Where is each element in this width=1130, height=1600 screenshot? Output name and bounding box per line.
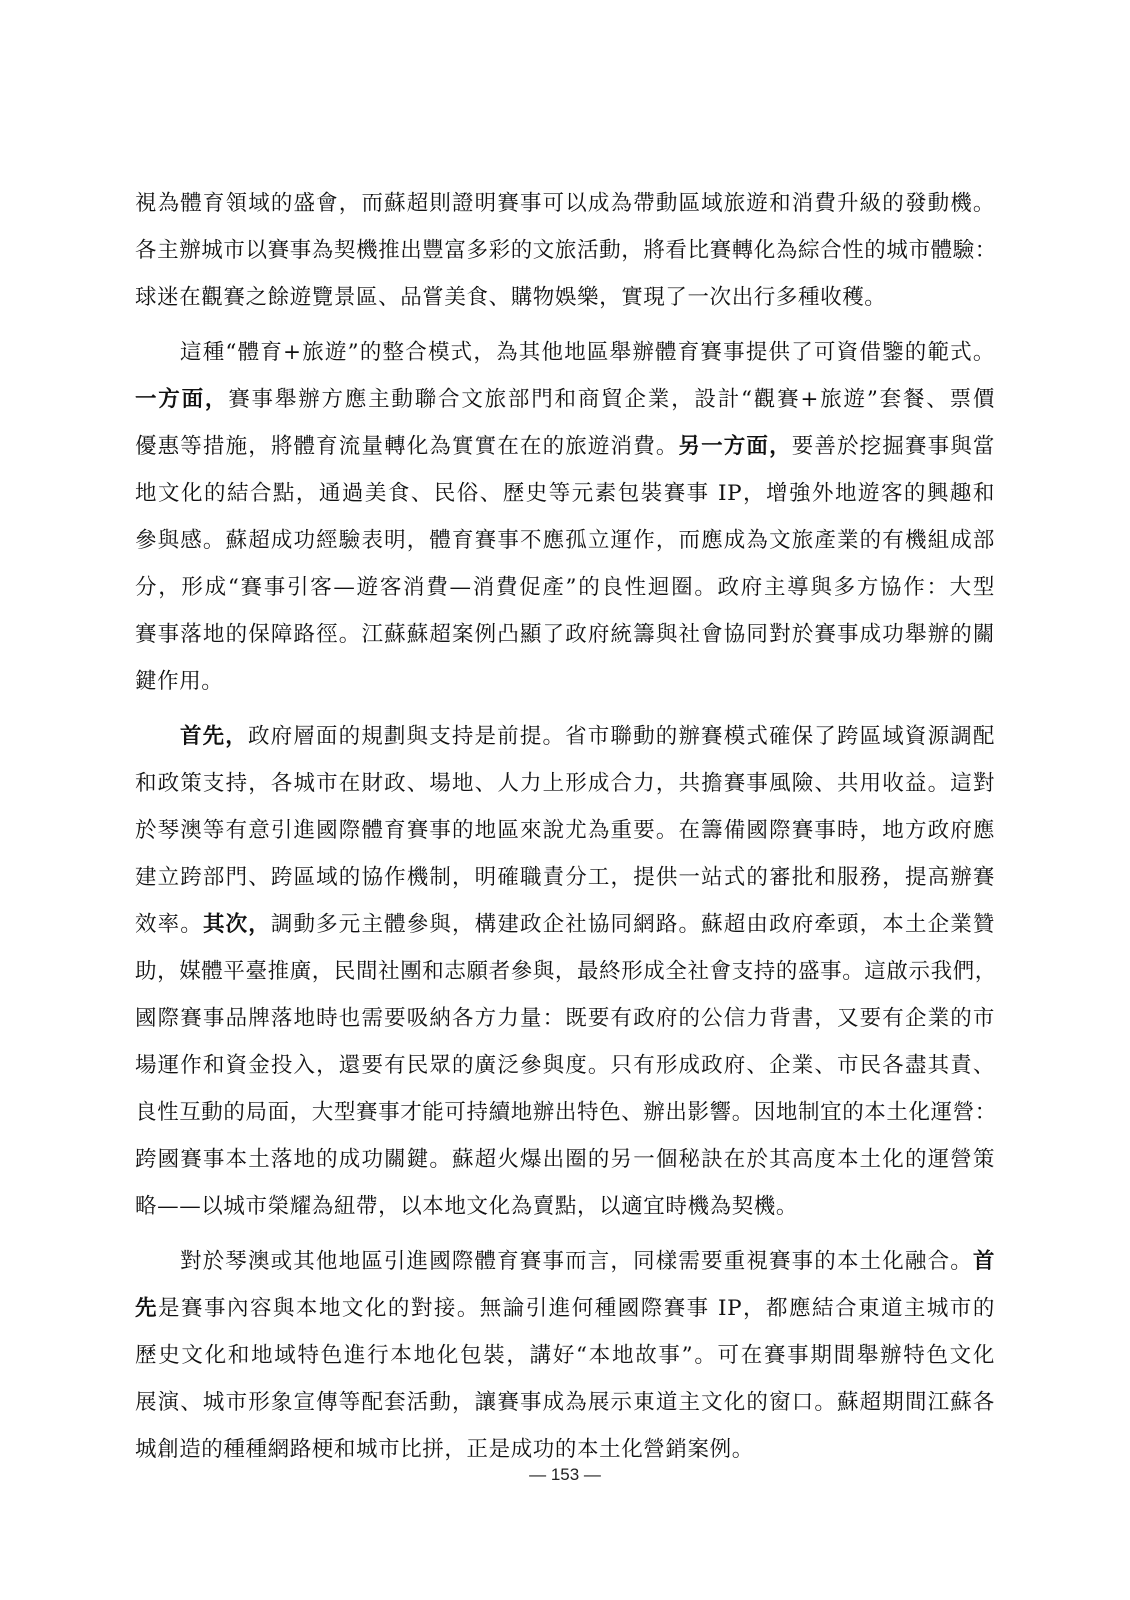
text-run: 賽事舉辦方應主動聯合文旅部門和商貿企業，設計“觀賽+旅遊”套餐、票價 bbox=[228, 387, 995, 412]
emphasis-text: 首先， bbox=[180, 724, 248, 749]
emphasis-text: 另一方面， bbox=[679, 434, 792, 459]
text-run: 優惠等措施，將體育流量轉化為實實在在的旅遊消費。 bbox=[135, 434, 679, 459]
text-line: 鍵作用。 bbox=[135, 658, 995, 705]
text-run: 要善於挖掘賽事與當 bbox=[792, 434, 995, 459]
text-run: 調動多元主體參與，構建政企社協同網路。蘇超由政府牽頭，本土企業贊 bbox=[271, 912, 995, 937]
emphasis-text: 先 bbox=[135, 1296, 158, 1321]
text-run: 建立跨部門、跨區域的協作機制，明確職責分工，提供一站式的審批和服務，提高辦賽 bbox=[135, 865, 995, 890]
text-line: 國際賽事品牌落地時也需要吸納各方力量：既要有政府的公信力背書，又要有企業的市 bbox=[135, 995, 995, 1042]
paragraph: 視為體育領域的盛會，而蘇超則證明賽事可以成為帶動區域旅遊和消費升級的發動機。各主… bbox=[135, 180, 995, 321]
text-line: 球迷在觀賽之餘遊覽景區、品嘗美食、購物娛樂，實現了一次出行多種收穫。 bbox=[135, 274, 995, 321]
text-line: 賽事落地的保障路徑。江蘇蘇超案例凸顯了政府統籌與社會協同對於賽事成功舉辦的關 bbox=[135, 611, 995, 658]
text-line: 跨國賽事本土落地的成功關鍵。蘇超火爆出圈的另一個秘訣在於其高度本土化的運營策 bbox=[135, 1136, 995, 1183]
text-run: 這種“體育+旅遊”的整合模式，為其他地區舉辦體育賽事提供了可資借鑒的範式。 bbox=[180, 340, 995, 365]
text-run: 是賽事內容與本地文化的對接。無論引進何種國際賽事 IP，都應結合東道主城市的 bbox=[158, 1296, 995, 1321]
text-line: 分，形成“賽事引客—遊客消費—消費促產”的良性迴圈。政府主導與多方協作：大型 bbox=[135, 564, 995, 611]
text-run: 國際賽事品牌落地時也需要吸納各方力量：既要有政府的公信力背書，又要有企業的市 bbox=[135, 1006, 995, 1031]
text-run: 政府層面的規劃與支持是前提。省市聯動的辦賽模式確保了跨區域資源調配 bbox=[248, 724, 995, 749]
paragraph: 首先，政府層面的規劃與支持是前提。省市聯動的辦賽模式確保了跨區域資源調配和政策支… bbox=[135, 713, 995, 1230]
text-run: 賽事落地的保障路徑。江蘇蘇超案例凸顯了政府統籌與社會協同對於賽事成功舉辦的關 bbox=[135, 622, 995, 647]
paragraph: 這種“體育+旅遊”的整合模式，為其他地區舉辦體育賽事提供了可資借鑒的範式。一方面… bbox=[135, 329, 995, 705]
text-line: 展演、城市形象宣傳等配套活動，讓賽事成為展示東道主文化的窗口。蘇超期間江蘇各 bbox=[135, 1379, 995, 1426]
text-run: 地文化的結合點，通過美食、民俗、歷史等元素包裝賽事 IP，增強外地遊客的興趣和 bbox=[135, 481, 995, 506]
text-run: 歷史文化和地域特色進行本地化包裝，講好“本地故事”。可在賽事期間舉辦特色文化 bbox=[135, 1343, 995, 1368]
text-run: 視為體育領域的盛會，而蘇超則證明賽事可以成為帶動區域旅遊和消費升級的發動機。 bbox=[135, 191, 995, 216]
text-line: 先是賽事內容與本地文化的對接。無論引進何種國際賽事 IP，都應結合東道主城市的 bbox=[135, 1285, 995, 1332]
text-line: 各主辦城市以賽事為契機推出豐富多彩的文旅活動，將看比賽轉化為綜合性的城市體驗： bbox=[135, 227, 995, 274]
text-run: 參與感。蘇超成功經驗表明，體育賽事不應孤立運作，而應成為文旅產業的有機組成部 bbox=[135, 528, 995, 553]
text-line: 略——以城市榮耀為紐帶，以本地文化為賣點，以適宜時機為契機。 bbox=[135, 1183, 995, 1230]
text-run: 城創造的種種網路梗和城市比拼，正是成功的本土化營銷案例。 bbox=[135, 1437, 754, 1462]
text-run: 效率。 bbox=[135, 912, 203, 937]
text-run: 場運作和資金投入，還要有民眾的廣泛參與度。只有形成政府、企業、市民各盡其責、 bbox=[135, 1053, 995, 1078]
text-run: 分，形成“賽事引客—遊客消費—消費促產”的良性迴圈。政府主導與多方協作：大型 bbox=[135, 575, 995, 600]
text-line: 參與感。蘇超成功經驗表明，體育賽事不應孤立運作，而應成為文旅產業的有機組成部 bbox=[135, 517, 995, 564]
text-line: 一方面，賽事舉辦方應主動聯合文旅部門和商貿企業，設計“觀賽+旅遊”套餐、票價 bbox=[135, 376, 995, 423]
text-line: 對於琴澳或其他地區引進國際體育賽事而言，同樣需要重視賽事的本土化融合。首 bbox=[135, 1238, 995, 1285]
text-line: 和政策支持，各城市在財政、場地、人力上形成合力，共擔賽事風險、共用收益。這對 bbox=[135, 760, 995, 807]
text-line: 優惠等措施，將體育流量轉化為實實在在的旅遊消費。另一方面，要善於挖掘賽事與當 bbox=[135, 423, 995, 470]
text-run: 良性互動的局面，大型賽事才能可持續地辦出特色、辦出影響。因地制宜的本土化運營： bbox=[135, 1100, 997, 1125]
text-line: 良性互動的局面，大型賽事才能可持續地辦出特色、辦出影響。因地制宜的本土化運營： bbox=[135, 1089, 995, 1136]
text-line: 場運作和資金投入，還要有民眾的廣泛參與度。只有形成政府、企業、市民各盡其責、 bbox=[135, 1042, 995, 1089]
text-line: 助，媒體平臺推廣，民間社團和志願者參與，最終形成全社會支持的盛事。這啟示我們， bbox=[135, 948, 995, 995]
text-run: 和政策支持，各城市在財政、場地、人力上形成合力，共擔賽事風險、共用收益。這對 bbox=[135, 771, 995, 796]
text-line: 首先，政府層面的規劃與支持是前提。省市聯動的辦賽模式確保了跨區域資源調配 bbox=[135, 713, 995, 760]
emphasis-text: 其次， bbox=[203, 912, 271, 937]
text-run: 各主辦城市以賽事為契機推出豐富多彩的文旅活動，將看比賽轉化為綜合性的城市體驗： bbox=[135, 238, 997, 263]
text-line: 效率。其次，調動多元主體參與，構建政企社協同網路。蘇超由政府牽頭，本土企業贊 bbox=[135, 901, 995, 948]
emphasis-text: 首 bbox=[973, 1249, 995, 1274]
text-run: 略——以城市榮耀為紐帶，以本地文化為賣點，以適宜時機為契機。 bbox=[135, 1194, 798, 1219]
text-run: 助，媒體平臺推廣，民間社團和志願者參與，最終形成全社會支持的盛事。這啟示我們， bbox=[135, 959, 997, 984]
page-number: — 153 — bbox=[0, 1465, 1130, 1485]
text-line: 建立跨部門、跨區域的協作機制，明確職責分工，提供一站式的審批和服務，提高辦賽 bbox=[135, 854, 995, 901]
text-run: 於琴澳等有意引進國際體育賽事的地區來說尤為重要。在籌備國際賽事時，地方政府應 bbox=[135, 818, 995, 843]
text-run: 跨國賽事本土落地的成功關鍵。蘇超火爆出圈的另一個秘訣在於其高度本土化的運營策 bbox=[135, 1147, 995, 1172]
text-line: 這種“體育+旅遊”的整合模式，為其他地區舉辦體育賽事提供了可資借鑒的範式。 bbox=[135, 329, 995, 376]
text-run: 展演、城市形象宣傳等配套活動，讓賽事成為展示東道主文化的窗口。蘇超期間江蘇各 bbox=[135, 1390, 995, 1415]
paragraph: 對於琴澳或其他地區引進國際體育賽事而言，同樣需要重視賽事的本土化融合。首先是賽事… bbox=[135, 1238, 995, 1473]
text-line: 於琴澳等有意引進國際體育賽事的地區來說尤為重要。在籌備國際賽事時，地方政府應 bbox=[135, 807, 995, 854]
text-run: 鍵作用。 bbox=[135, 669, 223, 694]
text-line: 歷史文化和地域特色進行本地化包裝，講好“本地故事”。可在賽事期間舉辦特色文化 bbox=[135, 1332, 995, 1379]
text-run: 對於琴澳或其他地區引進國際體育賽事而言，同樣需要重視賽事的本土化融合。 bbox=[180, 1249, 973, 1274]
text-line: 視為體育領域的盛會，而蘇超則證明賽事可以成為帶動區域旅遊和消費升級的發動機。 bbox=[135, 180, 995, 227]
text-line: 地文化的結合點，通過美食、民俗、歷史等元素包裝賽事 IP，增強外地遊客的興趣和 bbox=[135, 470, 995, 517]
document-page: 視為體育領域的盛會，而蘇超則證明賽事可以成為帶動區域旅遊和消費升級的發動機。各主… bbox=[0, 0, 1130, 1600]
body-text: 視為體育領域的盛會，而蘇超則證明賽事可以成為帶動區域旅遊和消費升級的發動機。各主… bbox=[135, 180, 995, 1473]
emphasis-text: 一方面， bbox=[135, 387, 228, 412]
text-run: 球迷在觀賽之餘遊覽景區、品嘗美食、購物娛樂，實現了一次出行多種收穫。 bbox=[135, 285, 886, 310]
